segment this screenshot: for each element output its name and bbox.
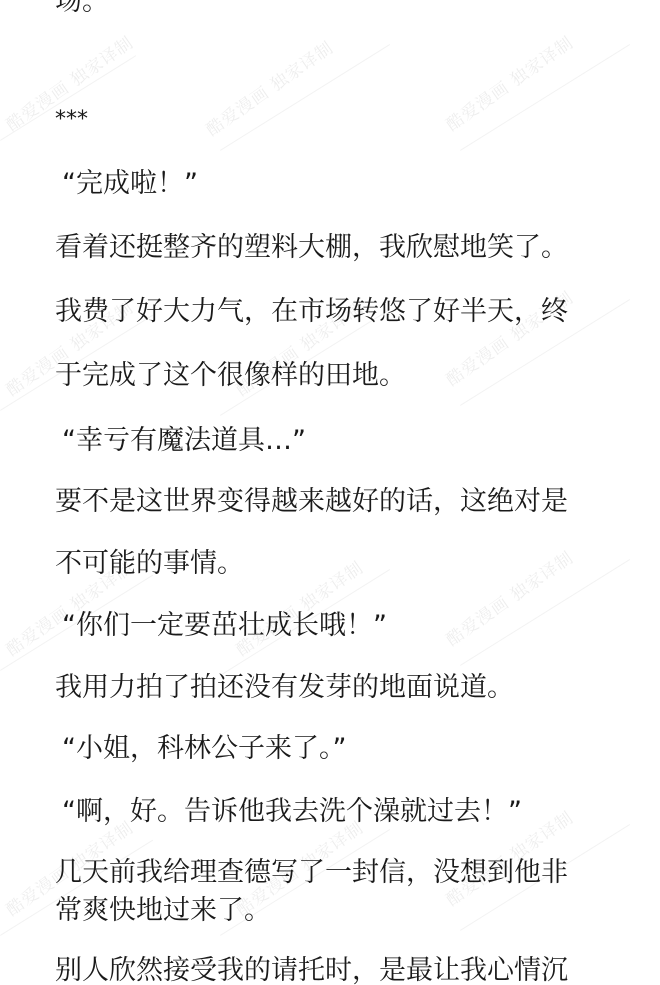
dialogue-line: “幸亏有魔法道具…” [62,425,306,457]
paragraph-line: 几天前我给理查德写了一封信，没想到他非 [55,857,568,889]
dialogue-line: “完成啦！” [62,168,198,200]
paragraph-line: 常爽快地过来了。 [55,895,271,927]
dialogue-line: “你们一定要茁壮成长哦！” [62,610,387,642]
dialogue-line: “小姐，科林公子来了。” [62,733,346,765]
watermark-text: 酷爱漫画 独家译制 [440,29,578,136]
paragraph-line: 别人欣然接受我的请托时，是最让我心情沉 [55,955,568,985]
watermark-stroke [460,44,630,151]
watermark-stroke [220,44,390,151]
watermark-stroke [460,559,630,666]
paragraph-line: 于完成了这个很像样的田地。 [55,360,406,392]
paragraph-line: 看着还挺整齐的塑料大棚，我欣慰地笑了。 [55,232,568,264]
paragraph-line: 场。 [55,0,109,18]
watermark-text: 酷爱漫画 独家译制 [200,34,338,141]
document-page: 酷爱漫画 独家译制 酷爱漫画 独家译制 酷爱漫画 独家译制 酷爱漫画 独家译制 … [0,0,660,985]
paragraph-line: 不可能的事情。 [55,548,244,580]
paragraph-line: 我用力拍了拍还没有发芽的地面说道。 [55,672,514,704]
section-break: *** [55,104,88,136]
watermark-text: 酷爱漫画 独家译制 [230,554,368,661]
dialogue-line: “啊，好。告诉他我去洗个澡就过去！” [62,796,522,828]
paragraph-line: 要不是这世界变得越来越好的话，这绝对是 [55,486,568,518]
paragraph-line: 我费了好大力气，在市场转悠了好半天，终 [55,296,568,328]
watermark-text: 酷爱漫画 独家译制 [440,544,578,651]
